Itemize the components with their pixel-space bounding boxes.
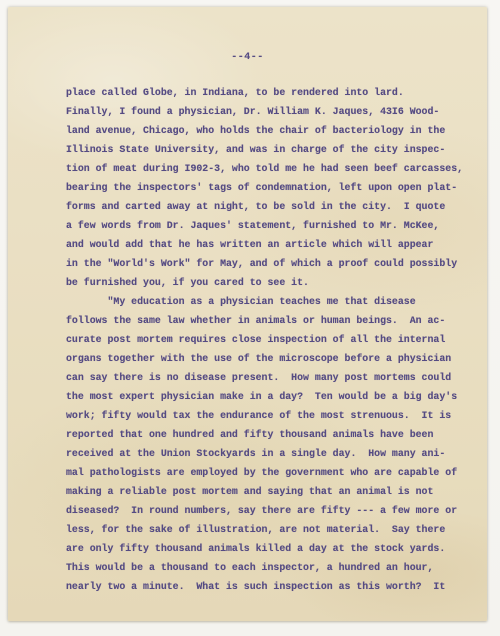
text-line: forms and carted away at night, to be so… xyxy=(66,197,474,216)
text-line: diseased? In round numbers, say there ar… xyxy=(66,501,474,520)
text-line: can say there is no disease present. How… xyxy=(66,368,474,387)
text-line: mal pathologists are employed by the gov… xyxy=(66,463,474,482)
text-line: reported that one hundred and fifty thou… xyxy=(66,425,474,444)
text-line: place called Globe, in Indiana, to be re… xyxy=(66,83,474,102)
text-line: the most expert physician make in a day?… xyxy=(66,387,474,406)
text-line: a few words from Dr. Jaques' statement, … xyxy=(66,216,474,235)
text-line: follows the same law whether in animals … xyxy=(66,311,474,330)
text-line: received at the Union Stockyards in a si… xyxy=(66,444,474,463)
text-line: organs together with the use of the micr… xyxy=(66,349,474,368)
text-line: This would be a thousand to each inspect… xyxy=(66,558,474,577)
text-line: less, for the sake of illustration, are … xyxy=(66,520,474,539)
text-line: Illinois State University, and was in ch… xyxy=(66,140,474,159)
scan-background: --4-- place called Globe, in Indiana, to… xyxy=(0,0,500,636)
text-line: and would add that he has written an art… xyxy=(66,235,474,254)
text-line: land avenue, Chicago, who holds the chai… xyxy=(66,121,474,140)
text-line: bearing the inspectors' tags of condemna… xyxy=(66,178,474,197)
page-number: --4-- xyxy=(231,52,264,63)
text-line: tion of meat during I902-3, who told me … xyxy=(66,159,474,178)
text-line: curate post mortem requires close inspec… xyxy=(66,330,474,349)
text-line: nearly two a minute. What is such inspec… xyxy=(66,577,474,596)
text-line: be furnished you, if you cared to see it… xyxy=(66,273,474,292)
text-line: making a reliable post mortem and saying… xyxy=(66,482,474,501)
text-line: are only fifty thousand animals killed a… xyxy=(66,539,474,558)
text-line: work; fifty would tax the endurance of t… xyxy=(66,406,474,425)
typed-text-block: place called Globe, in Indiana, to be re… xyxy=(66,83,474,596)
text-line: in the "World's Work" for May, and of wh… xyxy=(66,254,474,273)
text-line: "My education as a physician teaches me … xyxy=(66,292,474,311)
document-page: --4-- place called Globe, in Indiana, to… xyxy=(8,7,487,621)
text-line: Finally, I found a physician, Dr. Willia… xyxy=(66,102,474,121)
